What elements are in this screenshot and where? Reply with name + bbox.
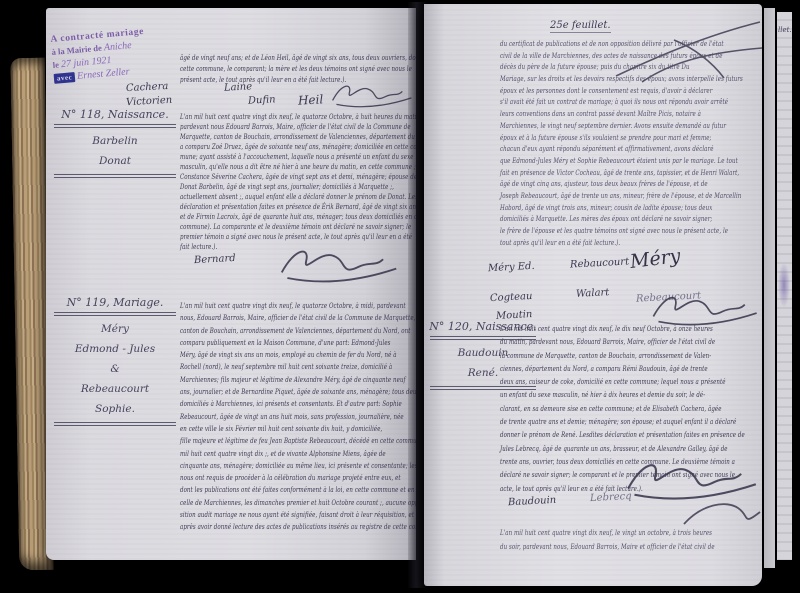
purple-ink-smudge [778,262,790,308]
manuscript-line: masculin, qu'elle nous a dit être né hie… [180,162,359,172]
manuscript-line: du certificat de publications et de non … [500,38,695,50]
signature: Bernard [194,253,236,266]
manuscript-line: dont les publications ont été faites con… [180,484,361,496]
act-118-text: L'an mil huit cent quatre vingt dix neuf… [180,112,416,252]
manuscript-line: un enfant du sexe masculin, né hier à di… [500,388,696,401]
manuscript-line: mune; ayant assisté à l'accouchement, la… [180,152,359,162]
next-page-edge-2: llet. [777,12,792,560]
manuscript-line: L'an mil huit cent quatre vingt dix neuf… [180,300,361,312]
manuscript-line: déclaration et présentation faites en pr… [180,202,359,212]
manuscript-line: du matin, pardevant nous, Edouard Barroi… [500,335,696,348]
manuscript-line: fille majeure et légitime de feu Jean Ba… [180,435,361,447]
act-number-label: N° 118, Naissance. [50,108,180,121]
manuscript-line: nous ont requis de procéder à la célébra… [180,472,361,484]
manuscript-line: Marchiennes; fils majeur et légitime de … [180,374,361,386]
manuscript-line: la commune de Marquette, canton de Bouch… [500,349,696,362]
manuscript-line: cinquante ans, ménagère; domiciliée au m… [180,460,361,472]
manuscript-line: décès du père de la future épouse; puis … [500,61,695,73]
manuscript-line: leurs conventions dans un contrat passé … [500,108,695,120]
signature: Cogteau [490,291,533,304]
edge-text-fragment: llet. [778,26,792,34]
manuscript-line: deux ans, cuiseur de coke, domicilié en … [500,375,696,388]
act-next-text-start: L'an mil huit cent quatre vingt dix neuf… [500,526,760,553]
manuscript-line: époux et à la future épouse s'ils voulai… [500,132,695,144]
manuscript-line: Donat Barbelin, âgé de vingt sept ans, j… [180,182,359,192]
manuscript-line: commune). La comparante et le deuxième t… [180,222,359,232]
manuscript-line: chacun d'eux ayant répondu séparément et… [500,143,695,155]
manuscript-line: mil huit cent quatre vingt dix ;, et de … [180,448,361,460]
folio-number-label: 25e feuillet. [550,20,611,33]
margin-name: Edmond - Jules [50,339,180,359]
stamp-prefix: le [52,59,59,69]
signature: Dufin [248,94,276,106]
manuscript-line: canton de Bouchain, arrondissement de Va… [180,325,361,337]
stamp-prefix: à la Mairie de [51,43,102,57]
manuscript-line: actuellement absent ;, auquel enfant ell… [180,192,359,202]
right-page: 25e feuillet. du certificat de publicati… [424,4,762,586]
manuscript-line: du soir, pardevant nous, Edouard Barrois… [500,540,698,554]
manuscript-line: après avoir donné lecture des actes de p… [180,521,361,533]
next-page-edge [764,8,775,568]
signature: Heil [298,92,324,107]
act-119-text-part1: L'an mil huit cent quatre vingt dix neuf… [180,300,416,534]
manuscript-line: celle de Marchiennes, les dimanches prem… [180,497,361,509]
officiant-signature-flourish [330,72,414,116]
stamp-handwritten-value: Ernest Zeller [77,66,130,82]
act-number-label: N° 119, Mariage. [50,296,180,309]
margin-name: Barbelin [50,131,180,151]
margin-name: & [50,359,180,379]
manuscript-line: le frère de l'épouse et les quatre témoi… [500,225,695,237]
margin-rule [54,422,176,426]
signature: Laine [224,81,253,93]
manuscript-line: époux et les personnes dont le consentem… [500,85,695,97]
manuscript-line: Rochell (nord), le neuf septembre mil hu… [180,361,361,373]
signature: Baudouin [508,495,557,509]
signature: Cachera [126,81,169,94]
manuscript-line: âgé de vingt cinq ans, ajusteur, tous de… [500,178,695,190]
manuscript-line: domiciliés à Marchiennes, ici présents e… [180,398,361,410]
margin-name: Donat [50,151,180,171]
manuscript-line: ciennes, département du Nord, a comparu … [500,362,696,375]
manuscript-line: de trente quatre ans et demie; ménagère;… [500,415,696,428]
register-book-photo: A contracté mariage à la Mairie de Anich… [0,0,800,593]
manuscript-line: et de Firmin Lacroix, âgé de quarante hu… [180,212,359,222]
manuscript-line: pardevant nous Edouard Barrois, Maire, o… [180,122,359,132]
manuscript-line: comparu publiquement en la Maison Commun… [180,337,361,349]
margin-rule [54,174,176,178]
margin-entry-118: N° 118, Naissance. BarbelinDonat [50,108,180,181]
manuscript-line: que Edmond-Jules Méry et Sophie Rebeauco… [500,155,695,167]
signature: Rebaucourt [570,256,630,270]
margin-names: BarbelinDonat [50,131,180,171]
margin-entry-119: N° 119, Mariage. MéryEdmond - Jules&Rebe… [50,296,180,429]
margin-name: Rebeaucourt [50,379,180,399]
manuscript-line: Méry, âgé de vingt six ans un mois, empl… [180,349,361,361]
act-119-text-part2: du certificat de publications et de non … [500,38,756,248]
manuscript-line: ans, journalier; et de Bernardine Piquet… [180,386,361,398]
avec-stamp-box: avec [54,72,76,84]
signature: Victorien [126,95,173,108]
officiant-signature-flourish [278,240,400,286]
left-page: A contracté mariage à la Mairie de Anich… [46,8,416,560]
margin-name: Méry [50,319,180,339]
signature: Walart [576,287,610,300]
margin-names: MéryEdmond - Jules&RebeaucourtSophie. [50,319,180,419]
officiant-signature-flourish [682,496,762,530]
manuscript-line: Joseph Rebeaucourt, âgé de trente un ans… [500,190,695,202]
manuscript-line: en cette ville le six Février mil huit c… [180,423,361,435]
signature: Méry Ed. [488,261,535,274]
manuscript-line: Marchiennes, le vingt neuf septembre der… [500,120,695,132]
manuscript-line: donner le prénom de René. Lesdites décla… [500,428,696,441]
manuscript-line: Marquette, canton de Bouchain, arrondiss… [180,132,359,142]
manuscript-line: Mariage, sur les droits et les devoirs r… [500,73,695,85]
stamp-handwritten-value: Aniche [103,40,132,53]
manuscript-line: Constance Séverine Cachera, âgée de ving… [180,172,359,182]
manuscript-line: Habord, âgé de vingt trois ans, mineur; … [500,202,695,214]
manuscript-line: L'an mil huit cent quatre vingt dix neuf… [500,322,696,335]
manuscript-line: s'il avait été fait un contrat de mariag… [500,96,695,108]
manuscript-line: Rebeaucourt, âgée de vingt un ans huit m… [180,411,361,423]
margin-rule [54,124,176,128]
margin-rule [54,312,176,316]
margin-name: Sophie. [50,399,180,419]
manuscript-line: L'an mil huit cent quatre vingt dix neuf… [180,112,359,122]
manuscript-line: domiciliés à Marquette. Les mères des ép… [500,213,695,225]
manuscript-line: civil de la ville de Marchiennes, des ac… [500,50,695,62]
manuscript-line: clarant, en sa demeure sise en cette com… [500,402,696,415]
signature: Méry [629,245,682,273]
manuscript-line: a comparu Zoé Druez, âgée de soixante ne… [180,142,359,152]
manuscript-line: L'an mil huit cent quatre vingt dix neuf… [500,526,698,540]
manuscript-line: nous, Edouard Barrois, Maire, officier d… [180,312,361,324]
manuscript-line: âgé de vingt neuf ans; et de Léon Heil, … [180,52,358,63]
manuscript-line: sition audit mariage ne nous ayant été s… [180,509,361,521]
manuscript-line: fait en présence de Victor Cocheau, âgé … [500,167,695,179]
